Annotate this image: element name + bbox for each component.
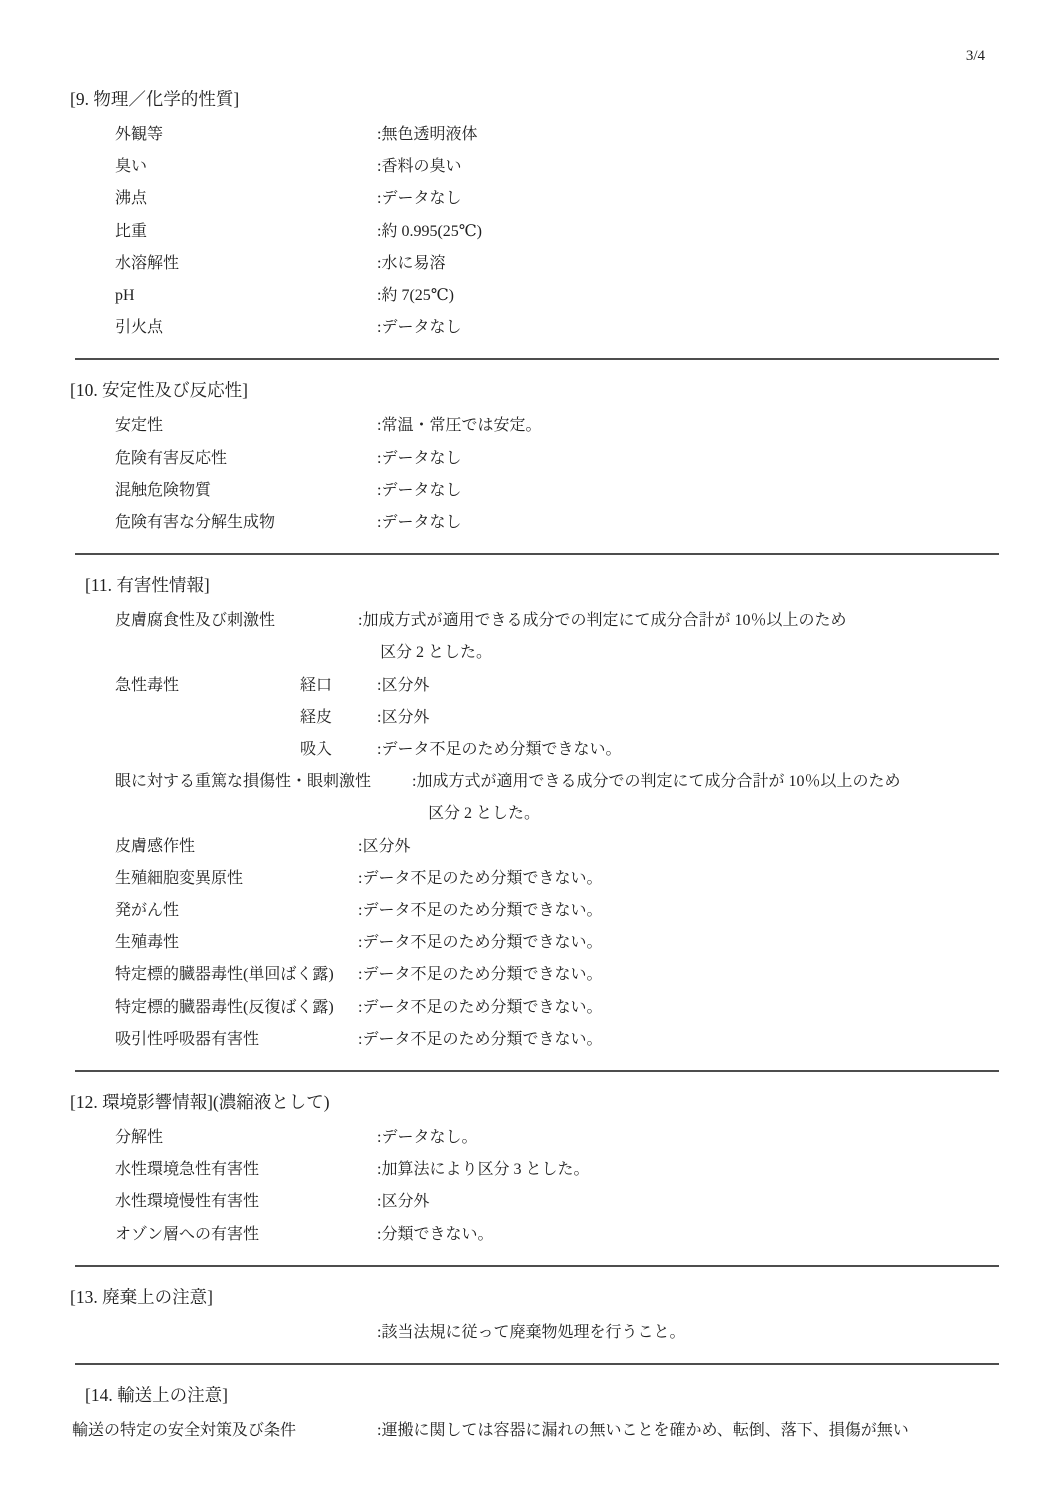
property-row: 生殖細胞変異原性 :データ不足のため分類できない。 [70, 863, 1000, 895]
property-label: 特定標的臓器毒性(反復ばく露) [115, 992, 358, 1024]
property-label: 皮膚腐食性及び刺激性 [115, 605, 358, 669]
property-value: :データ不足のため分類できない。 [358, 863, 602, 895]
section-physical-chemical-properties: [9. 物理／化学的性質] 外観等 :無色透明液体 臭い :香料の臭い 沸点 :… [70, 88, 1000, 344]
property-label: 吸引性呼吸器有害性 [115, 1024, 358, 1056]
section-transport-information: [14. 輸送上の注意] 輸送の特定の安全対策及び条件 :運搬に関しては容器に漏… [70, 1384, 1000, 1447]
exposure-route-label: 経皮 [300, 702, 377, 734]
property-value: :加算法により区分 3 とした。 [377, 1154, 589, 1186]
property-row: 危険有害な分解生成物 :データなし [70, 507, 1000, 539]
property-label: 危険有害な分解生成物 [115, 507, 377, 539]
property-row: 水性環境慢性有害性 :区分外 [70, 1186, 1000, 1218]
property-label: 生殖細胞変異原性 [115, 863, 358, 895]
property-value: :データ不足のため分類できない。 [358, 992, 602, 1024]
property-label [115, 734, 300, 766]
section-toxicological-information: [11. 有害性情報] 皮膚腐食性及び刺激性 :加成方式が適用できる成分での判定… [70, 574, 1000, 1056]
property-label: 外観等 [115, 119, 377, 151]
property-row: 輸送の特定の安全対策及び条件 :運搬に関しては容器に漏れの無いことを確かめ、転倒… [70, 1415, 1000, 1447]
property-row: 外観等 :無色透明液体 [70, 119, 1000, 151]
property-row: 危険有害反応性 :データなし [70, 443, 1000, 475]
property-row: 急性毒性 経口 :区分外 [70, 670, 1000, 702]
section-title: [14. 輸送上の注意] [85, 1384, 1000, 1407]
section-divider [75, 553, 999, 555]
property-label: 分解性 [115, 1122, 377, 1154]
property-value-line1: :加成方式が適用できる成分での判定にて成分合計が 10％以上のため [358, 605, 846, 637]
section-title: [13. 廃棄上の注意] [70, 1286, 1000, 1309]
property-value-line2: 区分 2 とした。 [412, 798, 900, 830]
property-label: 混触危険物質 [115, 475, 377, 507]
property-row: 眼に対する重篤な損傷性・眼刺激性 :加成方式が適用できる成分での判定にて成分合計… [70, 766, 1000, 830]
property-value: :区分外 [358, 831, 410, 863]
property-row: 引火点 :データなし [70, 312, 1000, 344]
section-title: [12. 環境影響情報](濃縮液として) [70, 1091, 1000, 1114]
property-row: 発がん性 :データ不足のため分類できない。 [70, 895, 1000, 927]
property-label: 特定標的臓器毒性(単回ばく露) [115, 959, 358, 991]
property-label: 水性環境急性有害性 [115, 1154, 377, 1186]
property-row: 臭い :香料の臭い [70, 151, 1000, 183]
property-value-line1: :加成方式が適用できる成分での判定にて成分合計が 10％以上のため [412, 766, 900, 798]
property-row: 混触危険物質 :データなし [70, 475, 1000, 507]
property-value: :該当法規に従って廃棄物処理を行うこと。 [377, 1317, 685, 1349]
property-label: 水性環境慢性有害性 [115, 1186, 377, 1218]
section-divider [75, 1070, 999, 1072]
property-value: :データ不足のため分類できない。 [358, 959, 602, 991]
property-value: :区分外 [377, 670, 429, 702]
property-value: :データなし [377, 312, 461, 344]
property-row: 経皮 :区分外 [70, 702, 1000, 734]
property-row: 吸入 :データ不足のため分類できない。 [70, 734, 1000, 766]
property-label: 臭い [115, 151, 377, 183]
exposure-route-label: 吸入 [300, 734, 377, 766]
property-row: オゾン層への有害性 :分類できない。 [70, 1219, 1000, 1251]
property-label: 発がん性 [115, 895, 358, 927]
property-label: 皮膚感作性 [115, 831, 358, 863]
property-row: 水溶解性 :水に易溶 [70, 248, 1000, 280]
section-title: [9. 物理／化学的性質] [70, 88, 1000, 111]
property-label: 引火点 [115, 312, 377, 344]
property-value: :約 0.995(25℃) [377, 216, 482, 248]
property-label: 輸送の特定の安全対策及び条件 [72, 1415, 377, 1447]
property-value: :約 7(25℃) [377, 280, 454, 312]
section-divider [75, 1363, 999, 1365]
property-value: :データ不足のため分類できない。 [377, 734, 621, 766]
property-value: :運搬に関しては容器に漏れの無いことを確かめ、転倒、落下、損傷が無い [377, 1415, 909, 1447]
property-row: 沸点 :データなし [70, 183, 1000, 215]
page-number: 3/4 [966, 48, 985, 65]
property-label: 比重 [115, 216, 377, 248]
property-label [115, 1317, 377, 1349]
property-value: :常温・常圧では安定。 [377, 410, 541, 442]
property-value: :データ不足のため分類できない。 [358, 927, 602, 959]
property-label: 急性毒性 [115, 670, 300, 702]
property-label: 眼に対する重篤な損傷性・眼刺激性 [115, 766, 412, 830]
section-ecological-information: [12. 環境影響情報](濃縮液として) 分解性 :データなし。 水性環境急性有… [70, 1091, 1000, 1251]
property-row: 分解性 :データなし。 [70, 1122, 1000, 1154]
section-disposal-considerations: [13. 廃棄上の注意] :該当法規に従って廃棄物処理を行うこと。 [70, 1286, 1000, 1349]
property-value: :無色透明液体 [377, 119, 477, 151]
property-row: 比重 :約 0.995(25℃) [70, 216, 1000, 248]
property-row: 水性環境急性有害性 :加算法により区分 3 とした。 [70, 1154, 1000, 1186]
property-label [115, 702, 300, 734]
property-value: :データなし [377, 183, 461, 215]
property-row: pH :約 7(25℃) [70, 280, 1000, 312]
section-title: [11. 有害性情報] [85, 574, 1000, 597]
property-label: 生殖毒性 [115, 927, 358, 959]
property-value: :データなし [377, 443, 461, 475]
property-label: 沸点 [115, 183, 377, 215]
property-row: :該当法規に従って廃棄物処理を行うこと。 [70, 1317, 1000, 1349]
property-value: :データ不足のため分類できない。 [358, 895, 602, 927]
property-row: 皮膚腐食性及び刺激性 :加成方式が適用できる成分での判定にて成分合計が 10％以… [70, 605, 1000, 669]
property-row: 安定性 :常温・常圧では安定。 [70, 410, 1000, 442]
property-label: 安定性 [115, 410, 377, 442]
property-value: :分類できない。 [377, 1219, 493, 1251]
property-row: 特定標的臓器毒性(単回ばく露) :データ不足のため分類できない。 [70, 959, 1000, 991]
property-label: 水溶解性 [115, 248, 377, 280]
section-stability-reactivity: [10. 安定性及び反応性] 安定性 :常温・常圧では安定。 危険有害反応性 :… [70, 379, 1000, 539]
property-value: :データなし。 [377, 1122, 477, 1154]
property-value: :水に易溶 [377, 248, 445, 280]
property-row: 皮膚感作性 :区分外 [70, 831, 1000, 863]
exposure-route-label: 経口 [300, 670, 377, 702]
section-divider [75, 358, 999, 360]
property-label: 危険有害反応性 [115, 443, 377, 475]
property-label: pH [115, 280, 377, 312]
property-value: :データ不足のため分類できない。 [358, 1024, 602, 1056]
property-value: :データなし [377, 475, 461, 507]
property-row: 吸引性呼吸器有害性 :データ不足のため分類できない。 [70, 1024, 1000, 1056]
property-label: オゾン層への有害性 [115, 1219, 377, 1251]
section-divider [75, 1265, 999, 1267]
property-value-line2: 区分 2 とした。 [358, 637, 846, 669]
section-title: [10. 安定性及び反応性] [70, 379, 1000, 402]
sds-document-page: 3/4 [9. 物理／化学的性質] 外観等 :無色透明液体 臭い :香料の臭い … [0, 0, 1061, 1500]
property-value: :香料の臭い [377, 151, 461, 183]
property-value: :データなし [377, 507, 461, 539]
property-row: 特定標的臓器毒性(反復ばく露) :データ不足のため分類できない。 [70, 992, 1000, 1024]
property-value: :区分外 [377, 702, 429, 734]
property-row: 生殖毒性 :データ不足のため分類できない。 [70, 927, 1000, 959]
property-value: :区分外 [377, 1186, 429, 1218]
